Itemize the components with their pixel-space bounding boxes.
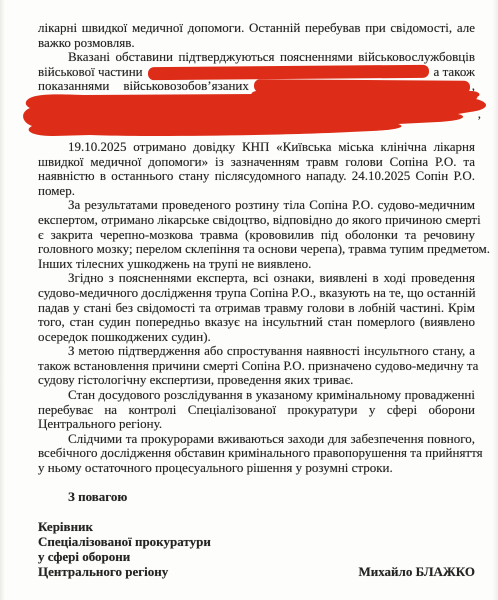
redaction-blob-area: , — [38, 91, 475, 140]
text-line: Центрального регіону. — [38, 417, 475, 432]
text-line: головного мозку; перелом склепіння та ос… — [38, 242, 475, 257]
text-line: також встановлення причини смерті Сопіна… — [38, 359, 475, 374]
text-line: Згідно з поясненнями експерта, всі ознак… — [38, 271, 475, 286]
text-line: За результатами проведеного розтину тіла… — [38, 198, 475, 213]
paragraph-4: За результатами проведеного розтину тіла… — [38, 198, 475, 271]
signer-role-line: у сфері оборони — [38, 550, 475, 565]
text-line: падав у стані без свідомості та отримав … — [38, 301, 475, 316]
paragraph-6: З метою підтвердження або спростування н… — [38, 344, 475, 388]
paragraph-8: Слідчими та прокурорами вживаються заход… — [38, 432, 475, 476]
text-line: є закрита черепно-мозкова травма (кровов… — [38, 228, 475, 243]
document-body: лікарні швидкої медичної допомоги. Остан… — [38, 21, 475, 579]
text-line: помер. — [38, 184, 475, 199]
signer-role-line: Центрального регіону — [38, 565, 168, 580]
signer-role-line: Спеціалізованої прокуратури — [38, 535, 475, 550]
paragraph-2: Вказані обставини підтверджуються поясне… — [38, 50, 475, 140]
redaction-strip — [148, 64, 429, 79]
text-fragment: а також — [434, 65, 475, 80]
text-line: Слідчими та прокурорами вживаються заход… — [38, 432, 475, 447]
text-line: перебуває на контролі Спеціалізованої пр… — [38, 403, 475, 418]
text-line: важко розмовляв. — [38, 36, 475, 51]
text-line: лікарні швидкої медичної допомоги. Остан… — [38, 21, 475, 36]
paragraph-5: Згідно з поясненнями експерта, всі ознак… — [38, 271, 475, 344]
text-line: швидкої медичної допомоги» із зазначення… — [38, 155, 475, 170]
text-line: З метою підтвердження або спростування н… — [38, 344, 475, 359]
text-fragment: військової частини — [38, 65, 143, 80]
signature-row: Центрального регіону Михайло БЛАЖКО — [38, 565, 475, 580]
text-line: Вказані обставини підтверджуються поясне… — [38, 50, 475, 65]
closing-salutation: З повагою — [38, 490, 475, 505]
text-line: того, стан судин попередньо вказує на ін… — [38, 315, 475, 330]
text-line: наявністю в останнього стану післясудомн… — [38, 169, 475, 184]
paragraph-1: лікарні швидкої медичної допомоги. Остан… — [38, 21, 475, 50]
text-line: у ньому остаточного процесуального рішен… — [38, 461, 475, 476]
text-line: експертом, отримано лікарське свідоцтво,… — [38, 213, 475, 228]
redaction-blob — [20, 91, 492, 141]
text-line: осередок пошкоджених судин). — [38, 330, 475, 345]
scanned-letter-page: лікарні швидкої медичної допомоги. Остан… — [0, 0, 498, 600]
text-line: 19.10.2025 отримано довідку КНП «Київськ… — [38, 140, 475, 155]
text-line: Інших тілесних ушкоджень на трупі не вия… — [38, 257, 475, 272]
text-line: всебічного дослідження обставин кримінал… — [38, 446, 475, 461]
signer-name: Михайло БЛАЖКО — [358, 565, 475, 580]
paragraph-3: 19.10.2025 отримано довідку КНП «Київськ… — [38, 140, 475, 198]
text-fragment: , — [478, 107, 481, 122]
text-line: судову гістологічну експертизи, проведен… — [38, 373, 475, 388]
signer-role-line: Керівник — [38, 520, 475, 535]
text-line: судово-медичного дослідження трупа Сопін… — [38, 286, 475, 301]
text-line: Стан досудового розслідування в указаном… — [38, 388, 475, 403]
signature-block: Керівник Спеціалізованої прокуратури у с… — [38, 520, 475, 579]
text-line-with-redaction: військової частини а також — [38, 65, 475, 80]
paragraph-7: Стан досудового розслідування в указаном… — [38, 388, 475, 432]
